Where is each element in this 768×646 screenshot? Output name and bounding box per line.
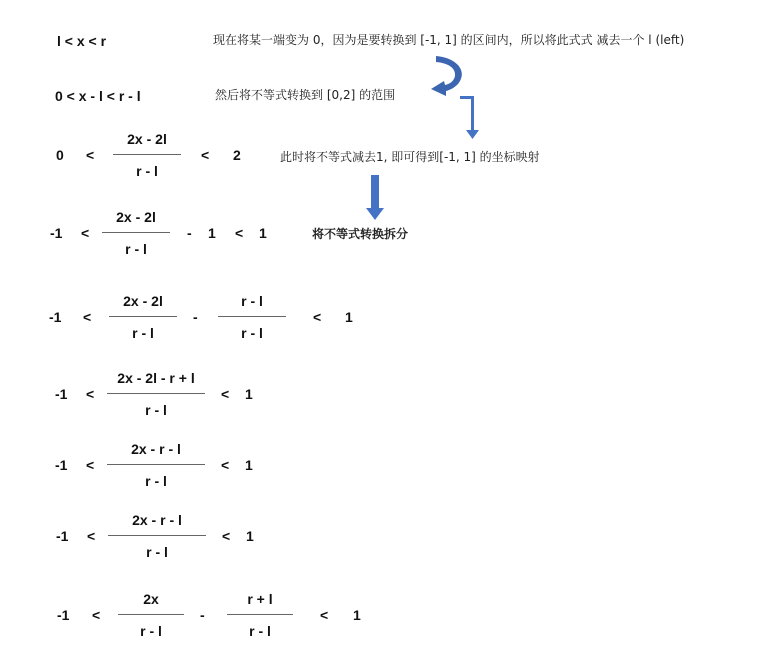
step-3-op2: < — [201, 147, 209, 163]
fraction-bar — [227, 614, 293, 615]
fraction-bar — [102, 232, 170, 233]
numerator: r + l — [227, 591, 293, 607]
step-4-op2: < — [235, 225, 243, 241]
fraction-bar — [113, 154, 181, 155]
denominator: r - l — [102, 241, 170, 257]
step-7-left: -1 — [55, 457, 67, 473]
step-6-op2: < — [221, 386, 229, 402]
down-arrow-icon — [366, 175, 384, 220]
step-7-fraction: 2x - r - l r - l — [107, 441, 205, 489]
step-9-fraction-1: 2x r - l — [118, 591, 184, 639]
step-4-fraction: 2x - 2l r - l — [102, 209, 170, 257]
step-8-op2: < — [222, 528, 230, 544]
step-7-op1: < — [86, 457, 94, 473]
step-6-left: -1 — [55, 386, 67, 402]
step-6-op1: < — [86, 386, 94, 402]
step-1-inequality: l < x < r — [57, 33, 106, 49]
step-5-fraction-1: 2x - 2l r - l — [109, 293, 177, 341]
curved-arrow-icon — [428, 54, 472, 98]
denominator: r - l — [218, 325, 286, 341]
step-6-right: 1 — [245, 386, 253, 402]
denominator: r - l — [107, 473, 205, 489]
step-9-right: 1 — [353, 607, 361, 623]
step-5-op2: < — [313, 309, 321, 325]
denominator: r - l — [108, 544, 206, 560]
step-7-op2: < — [221, 457, 229, 473]
note-subtract-one: 此时将不等式减去1, 即可得到[-1, 1] 的坐标映射 — [280, 150, 540, 164]
step-4-op1: < — [81, 225, 89, 241]
step-4-minus: - — [187, 225, 192, 241]
denominator: r - l — [113, 163, 181, 179]
fraction-bar — [109, 316, 177, 317]
fraction-bar — [107, 393, 205, 394]
step-9-op2: < — [320, 607, 328, 623]
fraction-bar — [108, 535, 206, 536]
step-8-fraction: 2x - r - l r - l — [108, 512, 206, 560]
step-4-right: 1 — [259, 225, 267, 241]
step-5-right: 1 — [345, 309, 353, 325]
numerator: 2x - 2l — [113, 131, 181, 147]
numerator: 2x - 2l — [109, 293, 177, 309]
step-9-minus: - — [200, 607, 205, 623]
step-5-minus: - — [193, 309, 198, 325]
step-4-one: 1 — [208, 225, 216, 241]
step-5-op1: < — [83, 309, 91, 325]
step-4-left: -1 — [50, 225, 62, 241]
denominator: r - l — [227, 623, 293, 639]
fraction-bar — [107, 464, 205, 465]
step-3-op1: < — [86, 147, 94, 163]
step-2-inequality: 0 < x - l < r - l — [55, 88, 141, 104]
denominator: r - l — [109, 325, 177, 341]
step-5-left: -1 — [49, 309, 61, 325]
note-range-0-2: 然后将不等式转换到 [0,2] 的范围 — [215, 88, 395, 102]
step-5-fraction-2: r - l r - l — [218, 293, 286, 341]
numerator: r - l — [218, 293, 286, 309]
note-subtract-left: 现在将某一端变为 0，因为是要转换到 [-1, 1] 的区间内，所以将此式式 减… — [213, 33, 684, 47]
denominator: r - l — [107, 402, 205, 418]
numerator: 2x — [118, 591, 184, 607]
step-8-right: 1 — [246, 528, 254, 544]
fraction-bar — [218, 316, 286, 317]
fraction-bar — [118, 614, 184, 615]
bent-arrow-icon — [458, 94, 484, 140]
step-8-op1: < — [87, 528, 95, 544]
step-9-op1: < — [92, 607, 100, 623]
step-3-left: 0 — [56, 147, 64, 163]
step-3-right: 2 — [233, 147, 241, 163]
step-3-fraction: 2x - 2l r - l — [113, 131, 181, 179]
step-9-fraction-2: r + l r - l — [227, 591, 293, 639]
note-split: 将不等式转换拆分 — [312, 227, 408, 241]
step-7-right: 1 — [245, 457, 253, 473]
numerator: 2x - 2l - r + l — [107, 370, 205, 386]
denominator: r - l — [118, 623, 184, 639]
numerator: 2x - r - l — [107, 441, 205, 457]
step-8-left: -1 — [56, 528, 68, 544]
numerator: 2x - r - l — [108, 512, 206, 528]
step-6-fraction: 2x - 2l - r + l r - l — [107, 370, 205, 418]
step-9-left: -1 — [57, 607, 69, 623]
numerator: 2x - 2l — [102, 209, 170, 225]
